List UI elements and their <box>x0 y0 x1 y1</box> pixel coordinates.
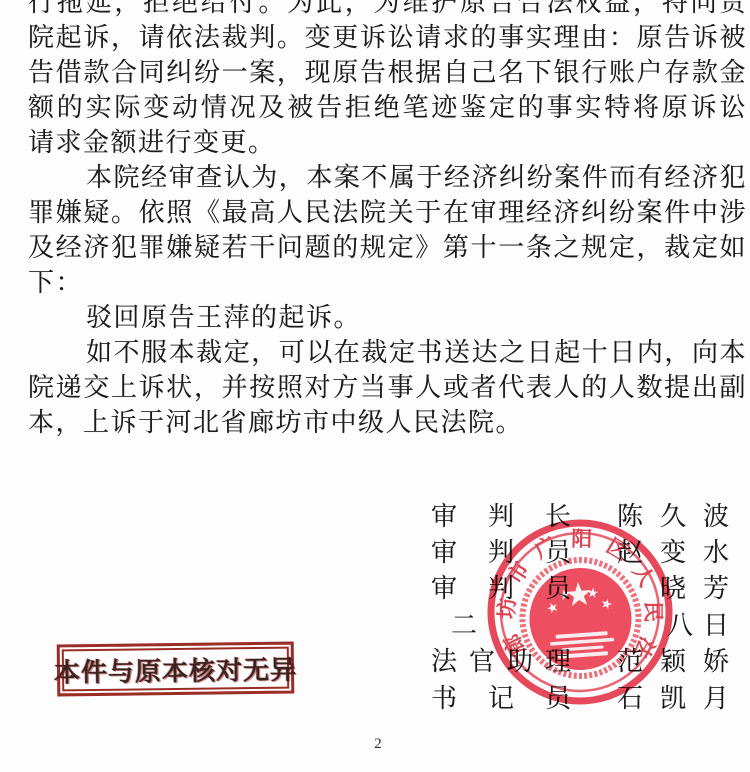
body-line: 如不服本裁定，可以在裁定书送达之日起十日内，向本 <box>28 335 747 370</box>
body-line: 本院经审查认为，本案不属于经济纠纷案件而有经济犯 <box>28 160 747 195</box>
court-seal-stamp: 廊坊市广阳区人民法院 <box>473 505 686 718</box>
document-body: 行拖延，拒绝给付。为此，为维护原告合法权益，特向贵 院起诉，请依法裁判。变更诉讼… <box>28 0 747 440</box>
body-line: 本，上诉于河北省廊坊市中级人民法院。 <box>28 405 747 440</box>
court-seal-icon: 廊坊市广阳区人民法院 <box>473 505 686 718</box>
body-line: 行拖延，拒绝给付。为此，为维护原告合法权益，特向贵 <box>28 0 747 20</box>
body-line: 院递交上诉状，并按照对方当事人或者代表人的人数提出副 <box>28 370 747 405</box>
body-line: 请求金额进行变更。 <box>28 125 747 160</box>
body-line: 告借款合同纠纷一案，现原告根据自己名下银行账户存款金 <box>28 55 747 90</box>
verification-stamp-text: 本件与原本核对无异 <box>54 649 297 689</box>
body-line: 及经济犯罪嫌疑若干问题的规定》第十一条之规定，裁定如 <box>28 230 747 265</box>
body-line: 驳回原告王萍的起诉。 <box>28 300 747 335</box>
date-fragment-left: 二 <box>451 605 477 642</box>
verification-stamp: 本件与原本核对无异 <box>57 642 295 697</box>
body-line: 额的实际变动情况及被告拒绝笔迹鉴定的事实特将原诉讼 <box>28 90 747 125</box>
page-number: 2 <box>368 736 388 753</box>
body-line: 罪嫌疑。依照《最高人民法院关于在审理经济纠纷案件中涉 <box>28 195 747 230</box>
body-line: 院起诉，请依法裁判。变更诉讼请求的事实理由：原告诉被 <box>28 20 747 55</box>
body-line: 下： <box>28 265 747 300</box>
